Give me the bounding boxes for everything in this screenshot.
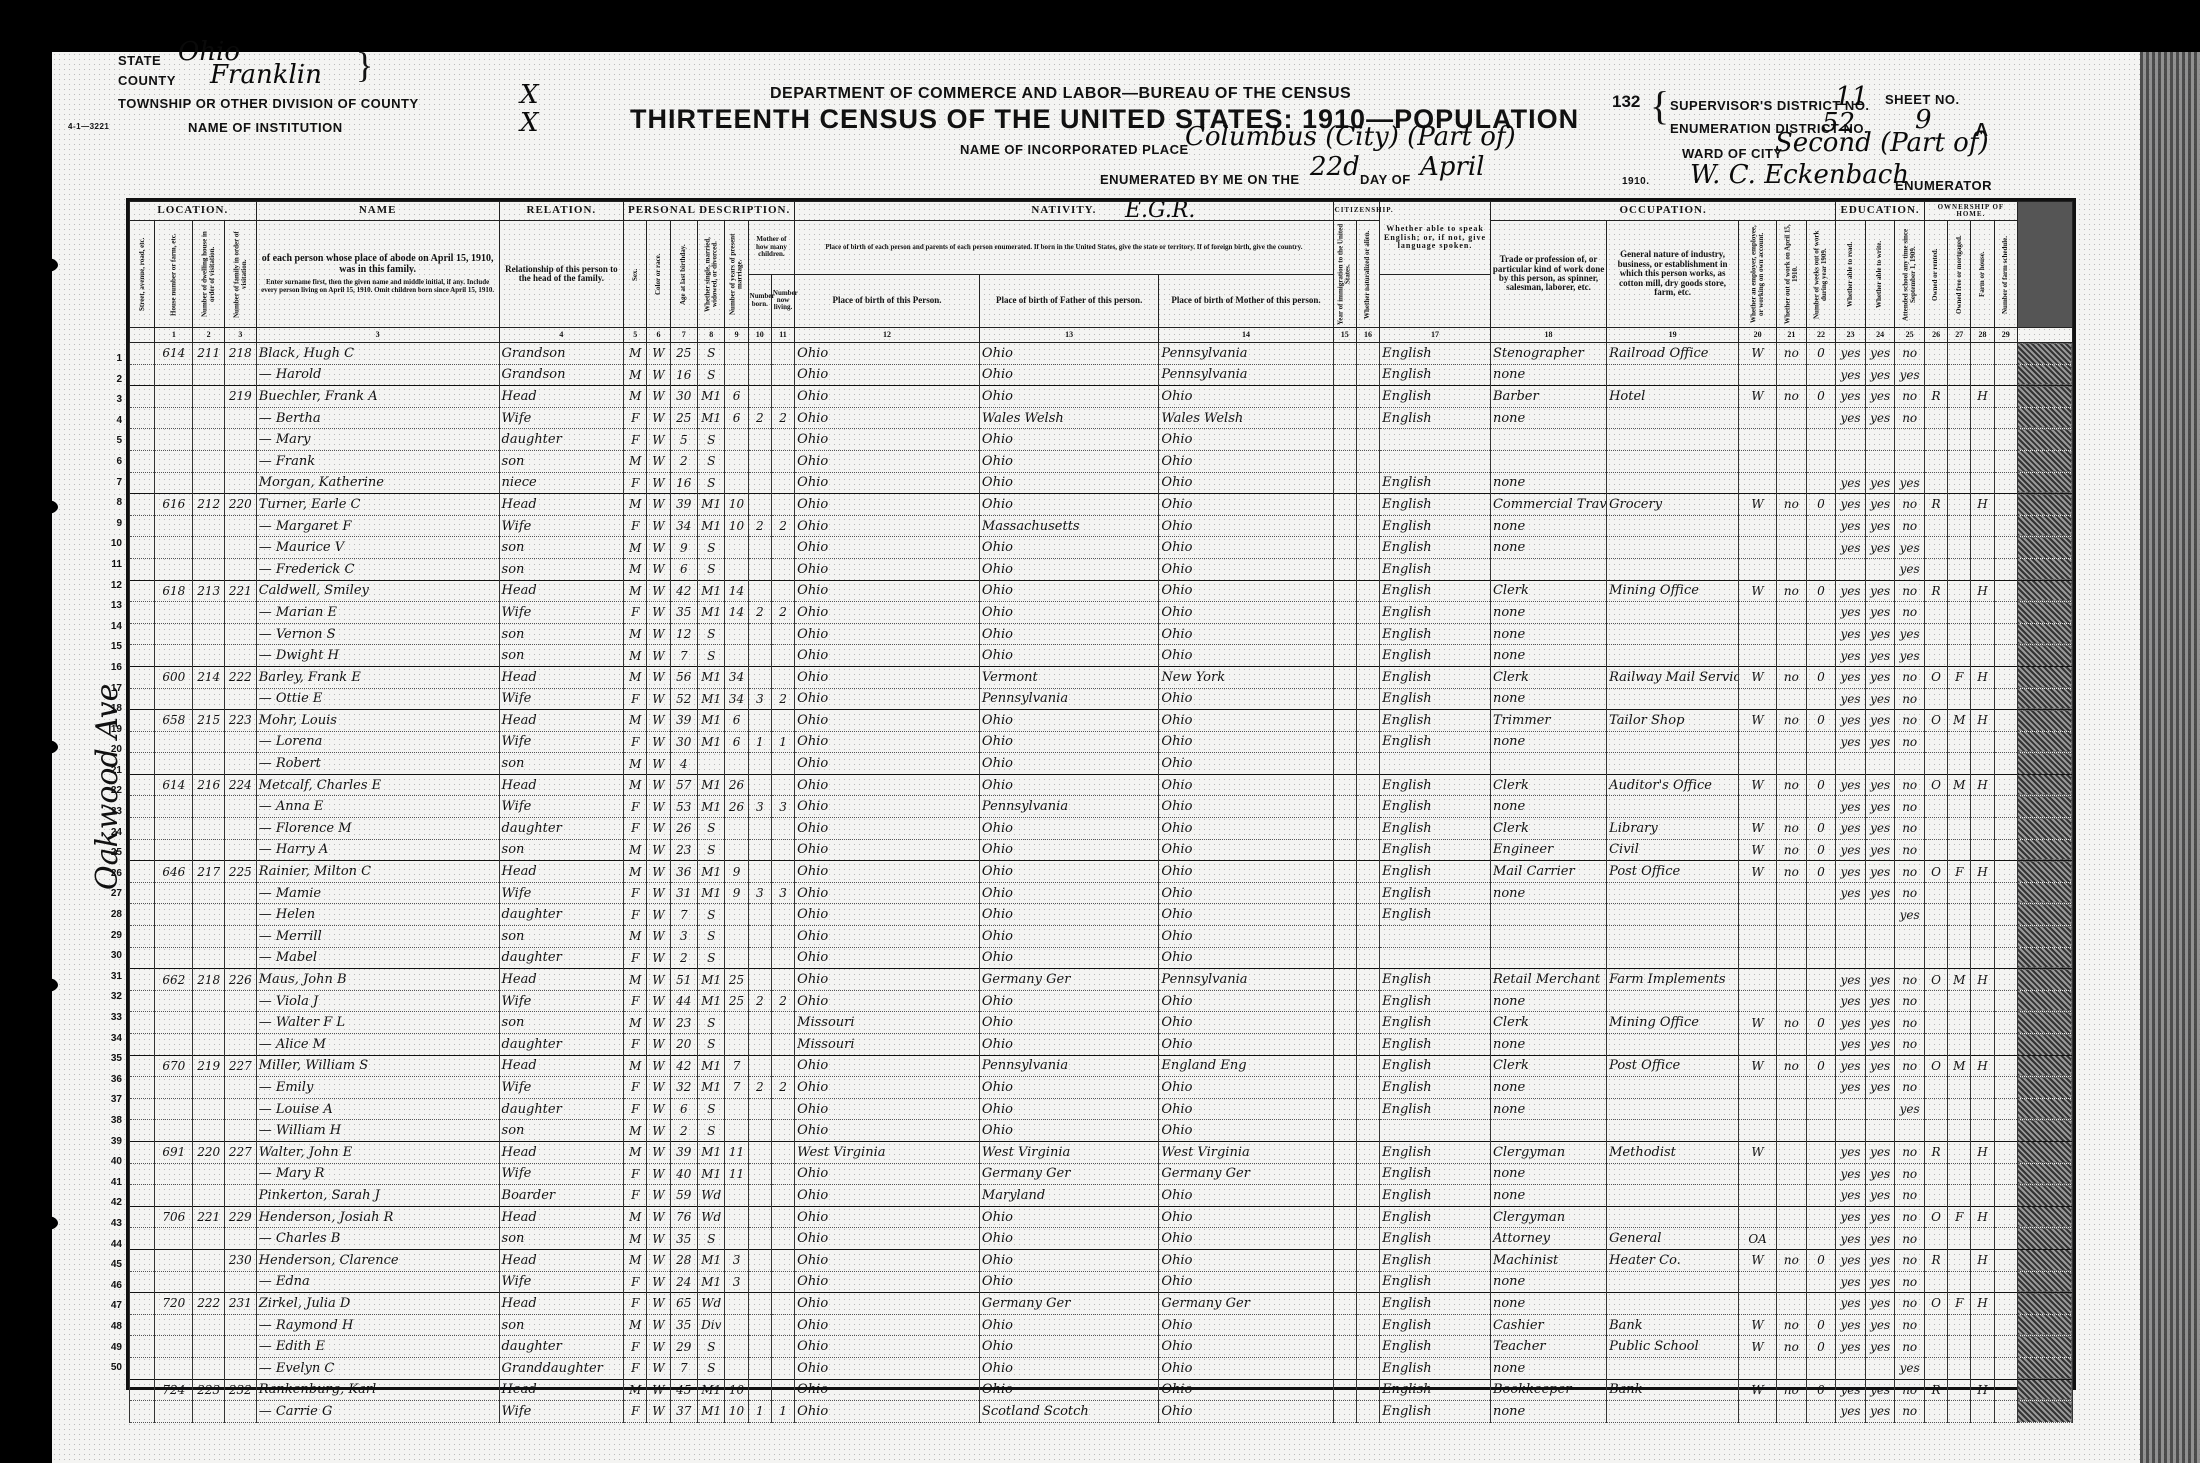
cell-read: yes xyxy=(1836,1034,1866,1056)
cell-yrs xyxy=(725,1206,748,1228)
cell-family xyxy=(225,1163,257,1185)
empty-cell xyxy=(1356,990,1379,1012)
cell-trade: Bookkeeper xyxy=(1490,1379,1606,1401)
cell-bpm: Germany Ger xyxy=(1159,1163,1333,1185)
cell-age: 52 xyxy=(670,688,697,710)
cell-sex: M xyxy=(624,364,647,386)
cell-relation: Wife xyxy=(499,1163,624,1185)
cell-free: M xyxy=(1948,969,1971,991)
cell-living xyxy=(771,1034,794,1056)
cell-marital: M1 xyxy=(698,580,725,602)
cell-weeks xyxy=(1806,602,1836,624)
margin-cell xyxy=(2017,472,2072,494)
cell-family xyxy=(225,796,257,818)
cell-out xyxy=(1777,947,1807,969)
cell-house xyxy=(155,1401,193,1423)
cell-dwelling xyxy=(193,1077,225,1099)
cell-marital: M1 xyxy=(698,1077,725,1099)
cell-school: yes xyxy=(1895,904,1925,926)
empty-cell xyxy=(1994,839,2017,861)
empty-cell xyxy=(1356,1206,1379,1228)
cell-read xyxy=(1836,1357,1866,1379)
cell-farm: H xyxy=(1971,969,1994,991)
cell-house xyxy=(155,926,193,948)
cell-yrs: 7 xyxy=(725,1055,748,1077)
cell-bpm: Pennsylvania xyxy=(1159,343,1333,365)
cell-dwelling xyxy=(193,645,225,667)
cell-bpm: Ohio xyxy=(1159,1314,1333,1336)
cell-weeks xyxy=(1806,645,1836,667)
cell-bp: Ohio xyxy=(795,731,980,753)
cell-family xyxy=(225,1098,257,1120)
cell-school: no xyxy=(1895,1034,1925,1056)
cell-bp: Ohio xyxy=(795,1163,980,1185)
cell-marital: S xyxy=(698,558,725,580)
cell-out xyxy=(1777,1228,1807,1250)
punch-hole xyxy=(36,1216,58,1230)
cell-house xyxy=(155,450,193,472)
cell-school: no xyxy=(1895,1271,1925,1293)
margin-cell xyxy=(2017,494,2072,516)
cell-industry xyxy=(1607,882,1739,904)
cell-farm: H xyxy=(1971,1141,1994,1163)
incorporated-place-value: Columbus (City) (Part of) xyxy=(1185,122,1516,152)
empty-cell xyxy=(1356,1185,1379,1207)
cell-free xyxy=(1948,904,1971,926)
cell-family xyxy=(225,1034,257,1056)
empty-cell xyxy=(1333,969,1356,991)
empty-cell xyxy=(130,1401,155,1423)
cell-school: no xyxy=(1895,666,1925,688)
cell-own xyxy=(1924,1034,1947,1056)
header-mother-of: Mother of how many children. xyxy=(748,221,794,275)
cell-yrs: 25 xyxy=(725,990,748,1012)
cell-name: — Walter F L xyxy=(256,1012,499,1034)
cell-race: W xyxy=(647,645,670,667)
empty-cell xyxy=(1356,515,1379,537)
cell-bpf: Ohio xyxy=(979,364,1158,386)
cell-school: no xyxy=(1895,1314,1925,1336)
cell-house xyxy=(155,429,193,451)
cell-yrs xyxy=(725,1012,748,1034)
cell-relation: Head xyxy=(499,1379,624,1401)
cell-trade: Teacher xyxy=(1490,1336,1606,1358)
cell-name: — Ottie E xyxy=(256,688,499,710)
cell-farm: H xyxy=(1971,1206,1994,1228)
cell-bp: Ohio xyxy=(795,515,980,537)
cell-school: yes xyxy=(1895,472,1925,494)
cell-age: 6 xyxy=(670,558,697,580)
cell-bp: Ohio xyxy=(795,1206,980,1228)
empty-cell xyxy=(130,1141,155,1163)
cell-write: yes xyxy=(1865,1249,1895,1271)
empty-cell xyxy=(1994,861,2017,883)
cell-out xyxy=(1777,1120,1807,1142)
cell-farm: H xyxy=(1971,861,1994,883)
empty-cell xyxy=(1356,494,1379,516)
empty-cell xyxy=(130,407,155,429)
empty-cell xyxy=(1994,904,2017,926)
margin-cell xyxy=(2017,1271,2072,1293)
header-nativity-desc: Place of birth of each person and parent… xyxy=(795,221,1333,275)
cell-name: — Vernon S xyxy=(256,623,499,645)
empty-cell xyxy=(1333,1293,1356,1315)
cell-yrs: 11 xyxy=(725,1163,748,1185)
cell-dwelling xyxy=(193,1163,225,1185)
column-number: 19 xyxy=(1607,328,1739,343)
line-number: 4 xyxy=(92,411,122,432)
cell-farm xyxy=(1971,407,1994,429)
empty-cell xyxy=(1356,796,1379,818)
cell-dwelling xyxy=(193,926,225,948)
cell-emp: W xyxy=(1739,1141,1777,1163)
cell-industry xyxy=(1607,407,1739,429)
cell-trade: none xyxy=(1490,1401,1606,1423)
empty-cell xyxy=(1333,1012,1356,1034)
cell-read: yes xyxy=(1836,796,1866,818)
cell-name: — Harold xyxy=(256,364,499,386)
cell-family: 225 xyxy=(225,861,257,883)
group-ownership: OWNERSHIP OF HOME. xyxy=(1924,202,2017,221)
cell-name: — Carrie G xyxy=(256,1401,499,1423)
cell-weeks xyxy=(1806,1120,1836,1142)
cell-age: 34 xyxy=(670,515,697,537)
cell-house xyxy=(155,1249,193,1271)
cell-dwelling xyxy=(193,364,225,386)
column-number: 20 xyxy=(1739,328,1777,343)
cell-out xyxy=(1777,602,1807,624)
cell-bpm: Ohio xyxy=(1159,386,1333,408)
cell-write: yes xyxy=(1865,515,1895,537)
column-number: 9 xyxy=(725,328,748,343)
cell-weeks: 0 xyxy=(1806,343,1836,365)
table-row: 646217225Rainier, Milton CHeadMW36M19Ohi… xyxy=(130,861,2073,883)
cell-sex: F xyxy=(624,1271,647,1293)
ward-value: Second (Part of) xyxy=(1775,128,1989,158)
cell-relation: daughter xyxy=(499,1034,624,1056)
cell-emp xyxy=(1739,947,1777,969)
cell-relation: Wife xyxy=(499,407,624,429)
cell-race: W xyxy=(647,1185,670,1207)
cell-born xyxy=(748,839,771,861)
cell-dwelling: 211 xyxy=(193,343,225,365)
cell-bp: Ohio xyxy=(795,969,980,991)
cell-industry: Auditor's Office xyxy=(1607,774,1739,796)
cell-house xyxy=(155,364,193,386)
cell-living xyxy=(771,1357,794,1379)
line-number: 13 xyxy=(92,596,122,617)
cell-age: 44 xyxy=(670,990,697,1012)
column-number: 7 xyxy=(670,328,697,343)
cell-name: — Evelyn C xyxy=(256,1357,499,1379)
cell-read: yes xyxy=(1836,407,1866,429)
column-number: 27 xyxy=(1948,328,1971,343)
column-number: 10 xyxy=(748,328,771,343)
street-name-margin: Oakwood Ave xyxy=(90,684,125,890)
line-number: 12 xyxy=(92,576,122,597)
cell-bp: Ohio xyxy=(795,688,980,710)
cell-yrs xyxy=(725,904,748,926)
cell-name: — William H xyxy=(256,1120,499,1142)
cell-bp: Ohio xyxy=(795,602,980,624)
cell-yrs: 6 xyxy=(725,731,748,753)
cell-born xyxy=(748,947,771,969)
cell-race: W xyxy=(647,472,670,494)
cell-weeks: 0 xyxy=(1806,494,1836,516)
empty-cell xyxy=(130,1314,155,1336)
empty-cell xyxy=(1994,710,2017,732)
cell-trade: none xyxy=(1490,882,1606,904)
empty-cell xyxy=(1994,364,2017,386)
margin-cell xyxy=(2017,688,2072,710)
cell-age: 53 xyxy=(670,796,697,818)
margin-cell xyxy=(2017,1120,2072,1142)
column-number: 1 xyxy=(155,328,193,343)
empty-cell xyxy=(1994,515,2017,537)
empty-cell xyxy=(1356,861,1379,883)
line-number: 5 xyxy=(92,431,122,452)
line-number: 11 xyxy=(92,555,122,576)
cell-free xyxy=(1948,818,1971,840)
cell-born: 2 xyxy=(748,1077,771,1099)
cell-family: 220 xyxy=(225,494,257,516)
cell-sex: M xyxy=(624,1379,647,1401)
cell-sex: M xyxy=(624,1249,647,1271)
cell-sex: F xyxy=(624,688,647,710)
cell-dwelling xyxy=(193,515,225,537)
cell-bpm: Ohio xyxy=(1159,990,1333,1012)
margin-cell xyxy=(2017,1012,2072,1034)
cell-race: W xyxy=(647,710,670,732)
empty-cell xyxy=(1356,969,1379,991)
cell-own xyxy=(1924,623,1947,645)
cell-living xyxy=(771,1379,794,1401)
cell-bpm: Ohio xyxy=(1159,558,1333,580)
cell-farm xyxy=(1971,947,1994,969)
cell-trade: Clerk xyxy=(1490,580,1606,602)
cell-write: yes xyxy=(1865,1141,1895,1163)
cell-sex: M xyxy=(624,1055,647,1077)
cell-weeks xyxy=(1806,1098,1836,1120)
cell-out xyxy=(1777,515,1807,537)
cell-marital: M1 xyxy=(698,386,725,408)
empty-cell xyxy=(130,1163,155,1185)
cell-emp xyxy=(1739,1098,1777,1120)
cell-sex: M xyxy=(624,645,647,667)
cell-age: 42 xyxy=(670,580,697,602)
cell-weeks xyxy=(1806,515,1836,537)
cell-living xyxy=(771,1120,794,1142)
cell-english: English xyxy=(1380,515,1491,537)
cell-race: W xyxy=(647,602,670,624)
cell-yrs: 25 xyxy=(725,969,748,991)
cell-emp: W xyxy=(1739,494,1777,516)
empty-cell xyxy=(130,666,155,688)
cell-living: 2 xyxy=(771,515,794,537)
cell-bpm: Ohio xyxy=(1159,429,1333,451)
empty-cell xyxy=(1333,515,1356,537)
ward-label: WARD OF CITY xyxy=(1682,146,1783,161)
cell-age: 30 xyxy=(670,731,697,753)
cell-marital: M1 xyxy=(698,710,725,732)
margin-cell xyxy=(2017,882,2072,904)
empty-cell xyxy=(130,537,155,559)
empty-cell xyxy=(1356,666,1379,688)
cell-school: no xyxy=(1895,688,1925,710)
cell-relation: Head xyxy=(499,580,624,602)
cell-school: no xyxy=(1895,1379,1925,1401)
cell-out: no xyxy=(1777,818,1807,840)
cell-family xyxy=(225,904,257,926)
cell-relation: Grandson xyxy=(499,343,624,365)
table-row: — Carrie GWifeFW37M11011OhioScotland Sco… xyxy=(130,1401,2073,1423)
cell-living xyxy=(771,1293,794,1315)
cell-industry xyxy=(1607,1293,1739,1315)
cell-sex: M xyxy=(624,537,647,559)
cell-age: 31 xyxy=(670,882,697,904)
cell-industry xyxy=(1607,1163,1739,1185)
cell-read: yes xyxy=(1836,1271,1866,1293)
cell-industry xyxy=(1607,450,1739,472)
cell-out xyxy=(1777,407,1807,429)
cell-bp: Ohio xyxy=(795,861,980,883)
cell-family xyxy=(225,1357,257,1379)
cell-english: English xyxy=(1380,666,1491,688)
cell-age: 30 xyxy=(670,386,697,408)
cell-name: — Edna xyxy=(256,1271,499,1293)
empty-cell xyxy=(1333,494,1356,516)
cell-read: yes xyxy=(1836,1141,1866,1163)
cell-relation: son xyxy=(499,753,624,775)
empty-cell xyxy=(1994,1098,2017,1120)
cell-born xyxy=(748,904,771,926)
cell-yrs: 26 xyxy=(725,774,748,796)
scan-edge-right xyxy=(2140,52,2200,1463)
empty-cell xyxy=(1994,1012,2017,1034)
cell-weeks: 0 xyxy=(1806,1249,1836,1271)
cell-born xyxy=(748,1098,771,1120)
cell-read: yes xyxy=(1836,710,1866,732)
census-rows: 614211218Black, Hugh CGrandsonMW25SOhioO… xyxy=(130,343,2073,1423)
cell-sex: F xyxy=(624,1163,647,1185)
cell-dwelling xyxy=(193,688,225,710)
cell-dwelling xyxy=(193,537,225,559)
cell-weeks xyxy=(1806,407,1836,429)
cell-bp: Ohio xyxy=(795,666,980,688)
empty-cell xyxy=(1333,429,1356,451)
empty-cell xyxy=(1333,602,1356,624)
cell-bp: Ohio xyxy=(795,796,980,818)
cell-free xyxy=(1948,1271,1971,1293)
cell-house xyxy=(155,407,193,429)
cell-dwelling xyxy=(193,1185,225,1207)
cell-born xyxy=(748,1314,771,1336)
cell-bpf: Ohio xyxy=(979,1206,1158,1228)
column-number: 8 xyxy=(698,328,725,343)
cell-bpm: Ohio xyxy=(1159,1228,1333,1250)
cell-weeks xyxy=(1806,1401,1836,1423)
header-years-married: Number of years of present marriage. xyxy=(725,221,748,328)
cell-born xyxy=(748,645,771,667)
cell-bp: Ohio xyxy=(795,1314,980,1336)
cell-weeks xyxy=(1806,926,1836,948)
cell-emp xyxy=(1739,429,1777,451)
cell-free xyxy=(1948,429,1971,451)
cell-emp xyxy=(1739,731,1777,753)
cell-own xyxy=(1924,1077,1947,1099)
cell-marital: M1 xyxy=(698,990,725,1012)
group-relation: RELATION. xyxy=(499,202,624,221)
cell-born xyxy=(748,580,771,602)
table-row: 219Buechler, Frank AHeadMW30M16OhioOhioO… xyxy=(130,386,2073,408)
cell-free xyxy=(1948,1077,1971,1099)
cell-dwelling xyxy=(193,1271,225,1293)
cell-industry: Public School xyxy=(1607,1336,1739,1358)
header-owned-rented: Owned or rented. xyxy=(1924,221,1947,328)
header-school: Attended school any time since September… xyxy=(1895,221,1925,328)
cell-dwelling xyxy=(193,623,225,645)
table-row: 616212220Turner, Earle CHeadMW39M110Ohio… xyxy=(130,494,2073,516)
empty-cell xyxy=(1994,1206,2017,1228)
empty-cell xyxy=(1356,602,1379,624)
cell-relation: son xyxy=(499,623,624,645)
cell-house xyxy=(155,602,193,624)
cell-bpf: Maryland xyxy=(979,1185,1158,1207)
cell-family xyxy=(225,645,257,667)
cell-living xyxy=(771,364,794,386)
cell-yrs xyxy=(725,472,748,494)
cell-school: no xyxy=(1895,1401,1925,1423)
cell-write: yes xyxy=(1865,1314,1895,1336)
cell-born xyxy=(748,1228,771,1250)
cell-race: W xyxy=(647,688,670,710)
cell-relation: Head xyxy=(499,666,624,688)
cell-sex: F xyxy=(624,1077,647,1099)
cell-dwelling: 221 xyxy=(193,1206,225,1228)
margin-cell xyxy=(2017,1098,2072,1120)
cell-family xyxy=(225,818,257,840)
empty-cell xyxy=(130,494,155,516)
cell-read: yes xyxy=(1836,1336,1866,1358)
cell-born: 1 xyxy=(748,731,771,753)
cell-read: yes xyxy=(1836,645,1866,667)
cell-yrs xyxy=(725,839,748,861)
cell-school: no xyxy=(1895,1206,1925,1228)
cell-name: Pinkerton, Sarah J xyxy=(256,1185,499,1207)
cell-name: — Lorena xyxy=(256,731,499,753)
empty-cell xyxy=(1994,494,2017,516)
cell-industry xyxy=(1607,429,1739,451)
cell-trade xyxy=(1490,450,1606,472)
cell-bpf: Ohio xyxy=(979,645,1158,667)
table-row: — Viola JWifeFW44M12522OhioOhioOhioEngli… xyxy=(130,990,2073,1012)
empty-cell xyxy=(1333,882,1356,904)
cell-house xyxy=(155,537,193,559)
margin-cell xyxy=(2017,1249,2072,1271)
cell-born xyxy=(748,494,771,516)
cell-relation: son xyxy=(499,537,624,559)
cell-english: English xyxy=(1380,1379,1491,1401)
cell-write: yes xyxy=(1865,839,1895,861)
cell-dwelling xyxy=(193,429,225,451)
empty-cell xyxy=(1333,1336,1356,1358)
cell-race: W xyxy=(647,515,670,537)
cell-relation: son xyxy=(499,926,624,948)
cell-born xyxy=(748,666,771,688)
cell-race: W xyxy=(647,990,670,1012)
cell-bpf: Ohio xyxy=(979,1271,1158,1293)
cell-weeks xyxy=(1806,472,1836,494)
